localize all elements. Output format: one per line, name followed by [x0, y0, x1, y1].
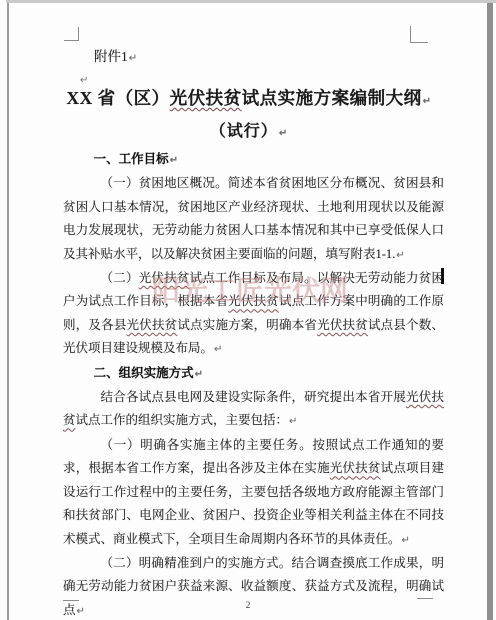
paragraph-mark-icon: ↵: [195, 369, 203, 380]
section-heading: 二、组织实施方式↵: [63, 362, 444, 386]
paragraph: 结合各试点县电网及建设实际条件，研究提出本省开展光伏扶贫试点工作的组织实施方式，…: [63, 386, 444, 434]
document-page: 附件1↵ ↵ XX 省（区）光伏扶贫试点实施方案编制大纲↵ （试行）↵ 一、工作…: [0, 0, 496, 620]
text-cursor: [441, 268, 444, 284]
text-boundary-mark-top-left: [64, 27, 79, 41]
paragraph-mark-icon: ↵: [289, 416, 297, 427]
paragraph-text: 一、工作目标: [94, 152, 169, 166]
paragraph-mark-icon: ↵: [402, 535, 410, 546]
doc-title-line-2: （试行）↵: [53, 118, 445, 141]
paragraph-mark-icon: ↵: [423, 96, 432, 107]
paragraph: （二）光伏扶贫试点工作目标及布局。以解决无劳动能力贫困户为试点工作目标，根据本省…: [63, 267, 444, 362]
paragraph: （一）明确各实施主体的主要任务。按照试点工作通知的要求，根据本省工作方案，提出各…: [63, 434, 444, 552]
paragraph-text: 结合各试点县电网及建设实际条件，研究提出本省开展光伏扶贫试点工作的组织实施方式，…: [63, 390, 444, 427]
paragraph-text: （一）明确各实施主体的主要任务。按照试点工作通知的要求，根据本省工作方案，提出各…: [63, 438, 444, 546]
doc-title-line-1: XX 省（区）光伏扶贫试点实施方案编制大纲↵: [53, 85, 445, 110]
page-edge-top: [6, 0, 496, 3]
page-number: 2: [0, 601, 496, 611]
doc-title-text: XX 省（区）光伏扶贫试点实施方案编制大纲: [66, 88, 421, 108]
doc-subtitle-text: （试行）: [210, 123, 278, 140]
page-edge-left: [7, 3, 9, 620]
paragraph-text: （一）贫困地区概况。简述本省贫困地区分布概况、贫困县和贫困人口基本情况，贫困地区…: [63, 176, 444, 260]
paragraph-text: （二）光伏扶贫试点工作目标及布局。以解决无劳动能力贫困户为试点工作目标，根据本省…: [63, 271, 444, 355]
paragraph-mark-icon: ↵: [214, 344, 222, 355]
paragraph-mark-icon: ↵: [279, 128, 288, 139]
section-heading: 一、工作目标↵: [63, 148, 444, 172]
attachment-label-text: 附件1: [94, 49, 128, 64]
page-edge-right: [487, 3, 493, 620]
paragraph-mark-icon: ↵: [129, 53, 137, 64]
paragraph-mark-icon: ↵: [170, 155, 178, 166]
attachment-label: 附件1↵: [94, 45, 137, 65]
text-boundary-mark-top-right: [410, 26, 428, 43]
document-body: 一、工作目标↵（一）贫困地区概况。简述本省贫困地区分布概况、贫困县和贫困人口基本…: [63, 148, 444, 620]
paragraph-text: 二、组织实施方式: [94, 366, 194, 380]
paragraph: （一）贫困地区概况。简述本省贫困地区分布概况、贫困县和贫困人口基本情况，贫困地区…: [63, 172, 444, 267]
paragraph-mark-icon: ↵: [396, 250, 404, 261]
